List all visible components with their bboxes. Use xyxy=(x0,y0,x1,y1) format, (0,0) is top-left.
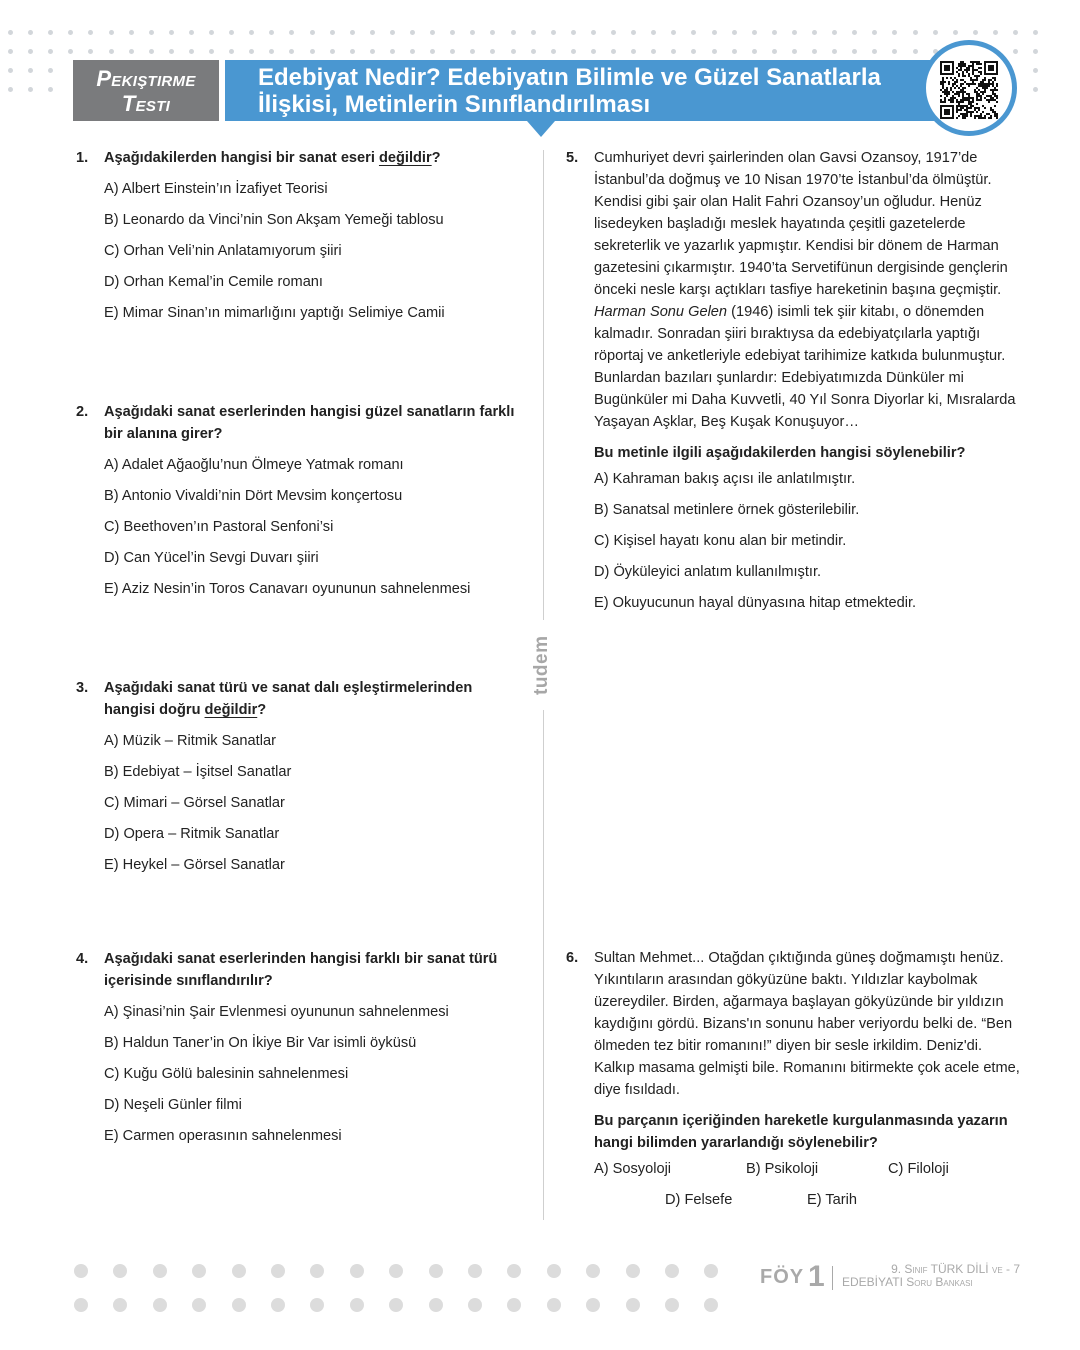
page-title-line-1: Edebiyat Nedir? Edebiyatın Bilimle ve Gü… xyxy=(258,64,938,91)
option-c[interactable]: C) Mimari – Görsel Sanatlar xyxy=(104,792,496,814)
question-number: 2. xyxy=(76,401,88,423)
option-b[interactable]: B) Antonio Vivaldi’nin Dört Mevsim konçe… xyxy=(104,485,521,507)
footer-separator xyxy=(832,1266,833,1290)
option-b[interactable]: B) Sanatsal metinlere örnek gösterilebil… xyxy=(594,499,1026,521)
emphasis-negative: değildir xyxy=(379,150,432,166)
option-d[interactable]: D) Orhan Kemal’in Cemile romanı xyxy=(104,271,526,293)
book-title-line-1: 9. Sınıf TÜRK DİLİ ve - 7 xyxy=(840,1262,1020,1276)
option-e[interactable]: E) Carmen operasının sahnelenmesi xyxy=(104,1125,516,1147)
option-d[interactable]: D) Opera – Ritmik Sanatlar xyxy=(104,823,496,845)
option-d[interactable]: D) Felsefe xyxy=(665,1189,732,1211)
question-stem: Aşağıdaki sanat eserlerinden hangisi güz… xyxy=(104,401,521,445)
question-1: 1. Aşağıdakilerden hangisi bir sanat ese… xyxy=(76,147,526,324)
option-c[interactable]: C) Filoloji xyxy=(888,1158,949,1180)
badge-line-2: Testi xyxy=(73,91,219,116)
question-number: 1. xyxy=(76,147,88,169)
page-title-line-2: İlişkisi, Metinlerin Sınıflandırılması xyxy=(258,91,938,118)
option-e[interactable]: E) Aziz Nesin’in Toros Canavarı oyununun… xyxy=(104,578,521,600)
question-2: 2. Aşağıdaki sanat eserlerinden hangisi … xyxy=(76,401,521,600)
question-3: 3. Aşağıdaki sanat türü ve sanat dalı eş… xyxy=(76,677,496,876)
option-a[interactable]: A) Şinasi’nin Şair Evlenmesi oyununun sa… xyxy=(104,1001,516,1023)
book-title: Harman Sonu Gelen xyxy=(594,304,727,320)
option-e[interactable]: E) Heykel – Görsel Sanatlar xyxy=(104,854,496,876)
emphasis-negative: değildir xyxy=(205,702,258,718)
foy-number: 1 xyxy=(808,1260,825,1294)
question-number: 5. xyxy=(566,147,578,169)
decorative-dot-pattern-bottom xyxy=(74,1264,724,1314)
option-e[interactable]: E) Tarih xyxy=(807,1189,857,1211)
option-c[interactable]: C) Kişisel hayatı konu alan bir metindir… xyxy=(594,530,1026,552)
option-b[interactable]: B) Haldun Taner’in On İkiye Bir Var isim… xyxy=(104,1032,516,1054)
question-passage: Sultan Mehmet... Otağdan çıktığında güne… xyxy=(594,947,1026,1101)
page-title: Edebiyat Nedir? Edebiyatın Bilimle ve Gü… xyxy=(258,64,938,118)
question-5: 5. Cumhuriyet devri şairlerinden olan Ga… xyxy=(566,147,1026,614)
test-type-badge: Pekiştirme Testi xyxy=(73,60,219,121)
option-a[interactable]: A) Sosyoloji xyxy=(594,1158,671,1180)
option-e[interactable]: E) Okuyucunun hayal dünyasına hitap etme… xyxy=(594,592,1026,614)
option-a[interactable]: A) Adalet Ağaoğlu’nun Ölmeye Yatmak roma… xyxy=(104,454,521,476)
option-a[interactable]: A) Kahraman bakış açısı ile anlatılmıştı… xyxy=(594,468,1026,490)
question-number: 3. xyxy=(76,677,88,699)
question-stem: Aşağıdakilerden hangisi bir sanat eseri … xyxy=(104,147,526,169)
option-b[interactable]: B) Leonardo da Vinci’nin Son Akşam Yemeğ… xyxy=(104,209,526,231)
question-passage: Cumhuriyet devri şairlerinden olan Gavsi… xyxy=(594,147,1026,433)
question-number: 6. xyxy=(566,947,578,969)
question-number: 4. xyxy=(76,948,88,970)
question-stem: Aşağıdaki sanat türü ve sanat dalı eşleş… xyxy=(104,677,496,721)
title-banner-pointer xyxy=(527,121,555,137)
watermark-text: tudem xyxy=(531,635,552,695)
question-stem: Aşağıdaki sanat eserlerinden hangisi far… xyxy=(104,948,516,992)
book-title-line-2: EDEBİYATI Soru Bankası xyxy=(842,1275,973,1289)
option-c[interactable]: C) Kuğu Gölü balesinin sahnelenmesi xyxy=(104,1063,516,1085)
option-e[interactable]: E) Mimar Sinan’ın mimarlığını yaptığı Se… xyxy=(104,302,526,324)
question-ask: Bu metinle ilgili aşağıdakilerden hangis… xyxy=(594,442,1026,464)
option-a[interactable]: A) Albert Einstein’ın İzafiyet Teorisi xyxy=(104,178,526,200)
qr-code-icon[interactable] xyxy=(940,61,998,119)
option-d[interactable]: D) Can Yücel’in Sevgi Duvarı şiiri xyxy=(104,547,521,569)
option-c[interactable]: C) Orhan Veli’nin Anlatamıyorum şiiri xyxy=(104,240,526,262)
foy-label: FÖY xyxy=(760,1266,804,1289)
option-d[interactable]: D) Neşeli Günler filmi xyxy=(104,1094,516,1116)
option-b[interactable]: B) Psikoloji xyxy=(746,1158,818,1180)
option-a[interactable]: A) Müzik – Ritmik Sanatlar xyxy=(104,730,496,752)
publisher-watermark: tudem xyxy=(531,620,555,710)
badge-line-1: Pekiştirme xyxy=(73,66,219,91)
question-4: 4. Aşağıdaki sanat eserlerinden hangisi … xyxy=(76,948,516,1147)
options-grid: A) Sosyoloji B) Psikoloji C) Filoloji D)… xyxy=(594,1158,1026,1220)
question-6: 6. Sultan Mehmet... Otağdan çıktığında g… xyxy=(566,947,1026,1220)
option-c[interactable]: C) Beethoven’ın Pastoral Senfoni’si xyxy=(104,516,521,538)
option-d[interactable]: D) Öyküleyici anlatım kullanılmıştır. xyxy=(594,561,1026,583)
question-ask: Bu parçanın içeriğinden hareketle kurgul… xyxy=(594,1110,1026,1154)
option-b[interactable]: B) Edebiyat – İşitsel Sanatlar xyxy=(104,761,496,783)
